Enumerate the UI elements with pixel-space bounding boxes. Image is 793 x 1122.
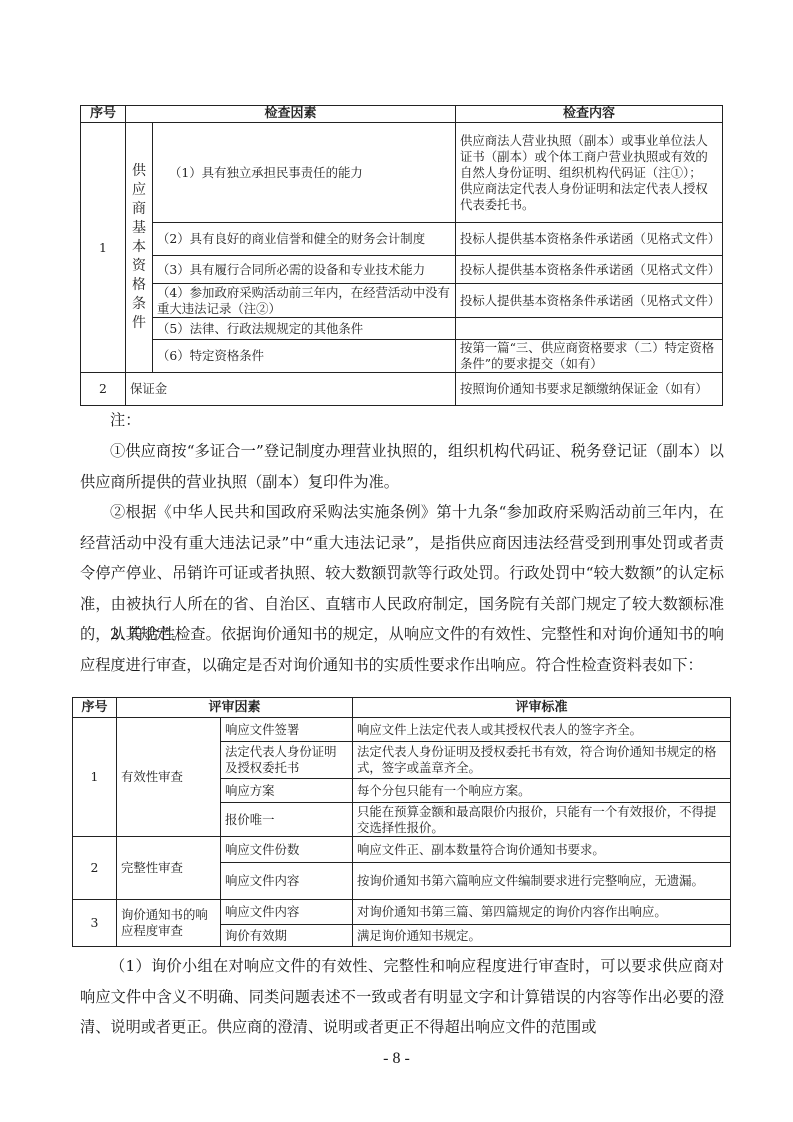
header-factor: 检查因素 [126,106,456,123]
factor-cell: （6）特定资格条件 [153,340,456,373]
factor-cell: 响应方案 [221,779,353,803]
factor-cell: 响应文件份数 [221,837,353,863]
content-cell: 投标人提供基本资格条件承诺函（见格式文件） [456,256,723,284]
group-label: 供应商基本资格条件 [126,123,153,373]
table-row: （3）具有履行合同所必需的设备和专业技术能力 投标人提供基本资格条件承诺函（见格… [81,256,723,284]
standard-cell: 每个分包只能有一个响应方案。 [353,779,731,803]
content-cell: 按第一篇“三、供应商资格要求（二）特定资格条件”的要求提交（如有） [456,340,723,373]
group-label-text: 供应商基本资格条件 [132,162,146,333]
row-no: 2 [73,837,117,900]
factor-cell: （2）具有良好的商业信誉和健全的财务会计制度 [153,223,456,256]
notes-title: 注： [80,405,724,436]
factor-cell: 响应文件签署 [221,718,353,742]
row-no: 3 [73,900,117,947]
header-no: 序号 [81,106,126,123]
row-no: 2 [81,373,126,406]
standard-cell: 响应文件上法定代表人或其授权代表人的签字齐全。 [353,718,731,742]
content-cell [456,318,723,340]
table-row: （2）具有良好的商业信誉和健全的财务会计制度 投标人提供基本资格条件承诺函（见格… [81,223,723,256]
standard-cell: 满足询价通知书规定。 [353,925,731,947]
table-row: 2 完整性审查 响应文件份数 响应文件正、副本数量符合询价通知书要求。 [73,837,731,863]
qualification-check-table: 序号 检查因素 检查内容 1 供应商基本资格条件 （1）具有独立承担民事责任的能… [80,105,723,406]
standard-cell: 对询价通知书第三篇、第四篇规定的询价内容作出响应。 [353,900,731,925]
table-row: 1 有效性审查 响应文件签署 响应文件上法定代表人或其授权代表人的签字齐全。 [73,718,731,742]
factor-cell: （4）参加政府采购活动前三年内，在经营活动中没有重大违法记录（注②） [153,284,456,318]
row-no: 1 [73,718,117,837]
factor-cell: 法定代表人身份证明及授权委托书 [221,742,353,779]
standard-cell: 响应文件正、副本数量符合询价通知书要求。 [353,837,731,863]
header-standard: 评审标准 [353,698,731,718]
table-row: （4）参加政府采购活动前三年内，在经营活动中没有重大违法记录（注②） 投标人提供… [81,284,723,318]
standard-cell: 只能在预算金额和最高限价内报价，只能有一个有效报价，不得提交选择性报价。 [353,803,731,837]
factor-cell: 响应文件内容 [221,863,353,900]
content-cell: 按照询价通知书要求足额缴纳保证金（如有） [456,373,723,406]
factor-cell: 响应文件内容 [221,900,353,925]
factor-cell: 询价有效期 [221,925,353,947]
section-2-text: 2. 符合性检查。依据询价通知书的规定，从响应文件的有效性、完整性和对询价通知书… [80,619,724,680]
row-no: 1 [81,123,126,373]
table-row: 1 供应商基本资格条件 （1）具有独立承担民事责任的能力 供应商法人营业执照（副… [81,123,723,223]
content-cell: 投标人提供基本资格条件承诺函（见格式文件） [456,223,723,256]
factor-cell: （5）法律、行政法规规定的其他条件 [153,318,456,340]
group-label: 询价通知书的响应程度审查 [117,900,221,947]
standard-cell: 按询价通知书第六篇响应文件编制要求进行完整响应，无遗漏。 [353,863,731,900]
table-row: 2 保证金 按照询价通知书要求足额缴纳保证金（如有） [81,373,723,406]
factor-cell: 保证金 [126,373,456,406]
header-factor: 评审因素 [117,698,353,718]
content-cell: 投标人提供基本资格条件承诺函（见格式文件） [456,284,723,318]
note-1: ①供应商按“多证合一”登记制度办理营业执照的，组织机构代码证、税务登记证（副本）… [80,436,724,497]
group-label: 有效性审查 [117,718,221,837]
factor-cell: （3）具有履行合同所必需的设备和专业技术能力 [153,256,456,284]
closing-paragraph: （1）询价小组在对响应文件的有效性、完整性和响应程度进行审查时，可以要求供应商对… [80,951,724,1043]
header-no: 序号 [73,698,117,718]
header-content: 检查内容 [456,106,723,123]
factor-cell: 报价唯一 [221,803,353,837]
group-label: 完整性审查 [117,837,221,900]
standard-cell: 法定代表人身份证明及授权委托书有效，符合询价通知书规定的格式，签字或盖章齐全。 [353,742,731,779]
conformity-check-table: 序号 评审因素 评审标准 1 有效性审查 响应文件签署 响应文件上法定代表人或其… [72,697,731,947]
page-number: - 8 - [0,1050,793,1068]
table-row: （6）特定资格条件 按第一篇“三、供应商资格要求（二）特定资格条件”的要求提交（… [81,340,723,373]
content-cell: 供应商法人营业执照（副本）或事业单位法人证书（副本）或个体工商户营业执照或有效的… [456,123,723,223]
table-row: （5）法律、行政法规规定的其他条件 [81,318,723,340]
factor-cell: （1）具有独立承担民事责任的能力 [153,123,456,223]
table-row: 3 询价通知书的响应程度审查 响应文件内容 对询价通知书第三篇、第四篇规定的询价… [73,900,731,925]
